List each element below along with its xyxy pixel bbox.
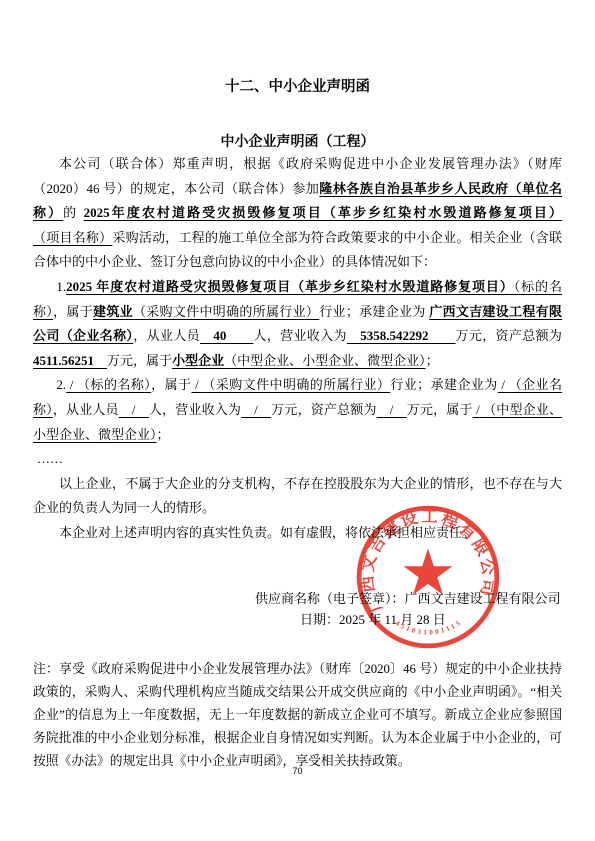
text-segment: 1.: [56, 279, 66, 294]
no-big-enterprise-paragraph: 以上企业，不属于大企业的分支机构，不存在控股股东为大企业的情形，也不存在与大企业…: [33, 472, 562, 521]
text-segment: 4511.56251: [33, 353, 107, 368]
document-page: 十二、中小企业声明函 中小企业声明函（工程） 本公司（联合体）郑重声明，根据《政…: [0, 0, 595, 841]
supplier-label: 供应商名称（电子签章）：: [255, 591, 405, 606]
supplier-name: 广西文吉建设工程有限公司: [405, 591, 561, 606]
text-segment: 建筑业: [93, 304, 133, 319]
enterprise-item-1: 1.2025 年度农村道路受灾损毁修复项目（革步乡红染村水毁道路修复项目）（标的…: [33, 275, 562, 373]
text-segment: /: [119, 402, 149, 417]
declaration-body: 本公司（联合体）郑重声明，根据《政府采购促进中小企业发展管理办法》（财库（202…: [33, 152, 562, 546]
text-segment: 采购活动，工程的施工单位全部为符合政策要求的中小企业。相关企业（含联合体中的中小…: [33, 230, 562, 270]
text-segment: ，属于: [53, 304, 93, 319]
text-segment: /: [191, 377, 202, 392]
text-segment: （项目名称）: [33, 230, 112, 245]
text-segment: （采购文件中明确的所属行业）: [202, 377, 390, 392]
text-segment: ；: [426, 353, 439, 368]
text-segment: 40: [200, 328, 253, 343]
section-title: 十二、中小企业声明函: [33, 78, 562, 96]
text-segment: /: [241, 402, 271, 417]
text-segment: 5358.542292: [347, 328, 456, 343]
text-segment: ；: [157, 427, 170, 442]
text-segment: ，从业人员: [53, 402, 119, 417]
supplier-signature-line: 供应商名称（电子签章）：广西文吉建设工程有限公司: [33, 588, 562, 609]
signature-date-line: 日期：2025 年 11 月 28 日: [33, 609, 562, 630]
declaration-title: 中小企业声明函（工程）: [33, 134, 562, 152]
text-segment: 2025 年度农村道路受灾损毁修复项目（革步乡红染村水毁道路修复项目）: [66, 279, 514, 294]
text-segment: 万元，资产总额为: [271, 402, 376, 417]
enterprise-item-2: 2. / （标的名称），属于 / （采购文件中明确的所属行业）行业；承建企业为 …: [33, 373, 562, 447]
text-segment: 万元，属于: [107, 353, 172, 368]
text-segment: （标的名称）: [77, 377, 151, 392]
text-segment: 的: [63, 205, 83, 220]
ellipsis-line: ……: [33, 447, 562, 472]
text-segment: 人，营业收入为: [253, 328, 346, 343]
text-segment: /: [66, 377, 77, 392]
responsibility-paragraph: 本企业对上述声明内容的真实性负责。如有虚假，将依法承担相应责任。: [33, 521, 562, 546]
text-segment: /: [473, 402, 483, 417]
text-segment: （中型企业、小型企业、微型企业）: [224, 353, 426, 368]
text-segment: 行业；承建企业为: [319, 304, 429, 319]
text-segment: 小型企业: [172, 353, 224, 368]
text-segment: /: [498, 377, 509, 392]
text-segment: 万元，资产总额为: [456, 328, 562, 343]
page-number: 70: [0, 766, 595, 776]
text-segment: 人，营业收入为: [149, 402, 241, 417]
text-segment: 行业；承建企业为: [390, 377, 497, 392]
text-segment: （采购文件中明确的所属行业）: [133, 304, 319, 319]
text-segment: /: [377, 402, 407, 417]
text-segment: 2.: [56, 377, 66, 392]
text-segment: ，属于: [151, 377, 191, 392]
text-segment: 万元，属于: [407, 402, 473, 417]
intro-paragraph: 本公司（联合体）郑重声明，根据《政府采购促进中小企业发展管理办法》（财库（202…: [33, 152, 562, 275]
text-segment: ，从业人员: [133, 328, 200, 343]
text-segment: 2025年度农村道路受灾损毁修复项目（革步乡红染村水毁道路修复项目）: [84, 205, 562, 220]
note-paragraph: 注：享受《政府采购促进中小企业发展管理办法》（财库〔2020〕46 号）规定的中…: [33, 658, 562, 774]
signature-block: 供应商名称（电子签章）：广西文吉建设工程有限公司 日期：2025 年 11 月 …: [33, 588, 562, 630]
